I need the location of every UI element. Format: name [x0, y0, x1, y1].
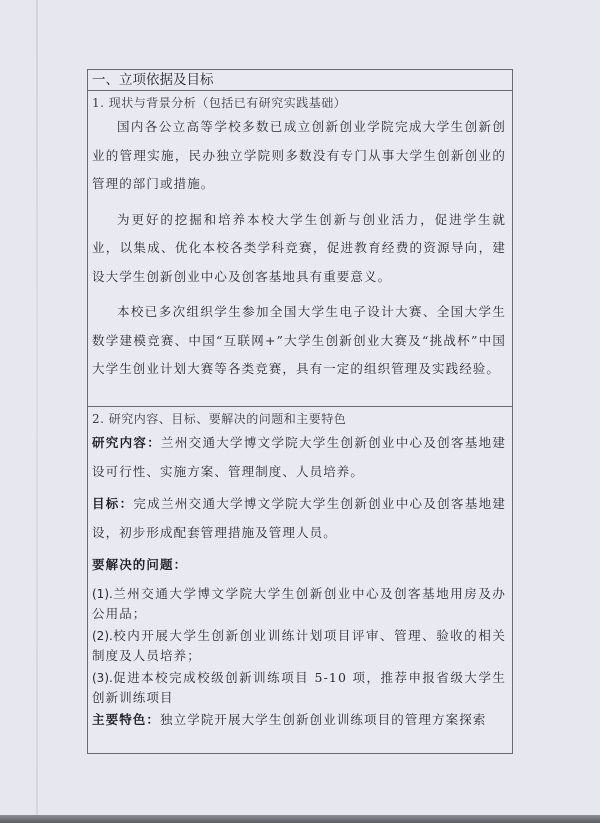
- problem-number: (1).: [92, 587, 113, 601]
- problems-label: 要解决的问题：: [92, 557, 187, 572]
- research-content-label: 研究内容：: [92, 435, 161, 450]
- section-title: 一、立项依据及目标: [88, 70, 512, 91]
- scan-bottom-edge: [0, 815, 600, 823]
- features-label: 主要特色：: [92, 712, 160, 727]
- problem-item: (3).促进本校完成校级创新训练项目 5-10 项，推荐申报省级大学生创新训练项…: [92, 668, 506, 707]
- problem-number: (3).: [92, 671, 113, 685]
- background-analysis-cell: 1. 现状与背景分析（包括已有研究实践基础） 国内各公立高等学校多数已成立创新创…: [88, 91, 512, 406]
- background-paragraph: 本校已多次组织学生参加全国大学生电子设计大赛、全国大学生数学建模竞赛、中国“互联…: [92, 298, 506, 384]
- research-content-paragraph: 研究内容：兰州交通大学博文学院大学生创新创业中心及创客基地建设可行性、实施方案、…: [92, 429, 506, 486]
- problems-label-line: 要解决的问题：: [92, 551, 506, 580]
- background-paragraph: 为更好的挖掘和培养本校大学生创新与创业活力，促进学生就业，以集成、优化本校各类学…: [92, 206, 506, 292]
- background-paragraph: 国内各公立高等学校多数已成立创新创业学院完成大学生创新创业的管理实施，民办独立学…: [92, 113, 506, 199]
- research-content-cell: 2. 研究内容、目标、要解决的问题和主要特色 研究内容：兰州交通大学博文学院大学…: [88, 406, 512, 753]
- problem-text: 校内开展大学生创新创业训练计划项目评审、管理、验收的相关制度及人员培养；: [92, 628, 506, 663]
- problem-item: (1).兰州交通大学博文学院大学生创新创业中心及创客基地用房及办公用品；: [92, 584, 506, 623]
- background-analysis-heading: 1. 现状与背景分析（包括已有研究实践基础）: [92, 93, 506, 113]
- problem-item: (2).校内开展大学生创新创业训练计划项目评审、管理、验收的相关制度及人员培养；: [92, 626, 506, 665]
- problem-text: 兰州交通大学博文学院大学生创新创业中心及创客基地用房及办公用品；: [92, 586, 506, 621]
- goal-paragraph: 目标：完成兰州交通大学博文学院大学生创新创业中心及创客基地建设，初步形成配套管理…: [92, 490, 506, 547]
- scan-page-edge: [36, 0, 38, 823]
- problem-number: (2).: [92, 629, 113, 643]
- goal-text: 完成兰州交通大学博文学院大学生创新创业中心及创客基地建设，初步形成配套管理措施及…: [92, 496, 506, 540]
- features-text: 独立学院开展大学生创新创业训练项目的管理方案探索: [160, 712, 486, 727]
- features-paragraph: 主要特色：独立学院开展大学生创新创业训练项目的管理方案探索: [92, 710, 506, 729]
- research-content-heading: 2. 研究内容、目标、要解决的问题和主要特色: [92, 409, 506, 429]
- problem-text: 促进本校完成校级创新训练项目 5-10 项，推荐申报省级大学生创新训练项目: [92, 670, 506, 705]
- project-form-table: 一、立项依据及目标 1. 现状与背景分析（包括已有研究实践基础） 国内各公立高等…: [87, 69, 513, 754]
- goal-label: 目标：: [92, 496, 133, 511]
